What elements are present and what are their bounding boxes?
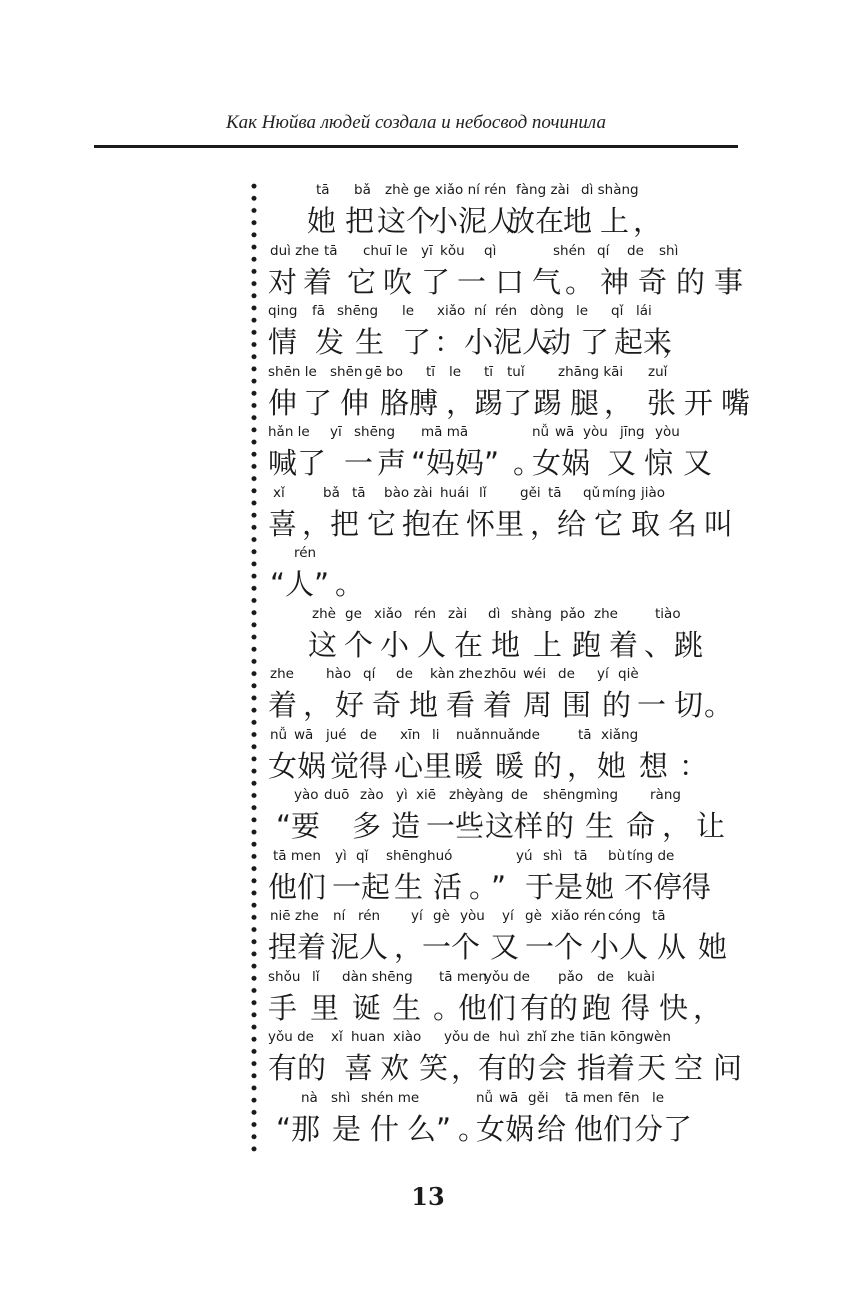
text-line: zhègexiǎorénzàidìshàngpǎozhetiào这个小人在地上跑… bbox=[268, 606, 738, 667]
hanzi-word: 吹 bbox=[383, 263, 412, 301]
hanzi-word: 多 bbox=[352, 807, 381, 845]
pinyin-syllable: shēn le bbox=[268, 364, 317, 380]
hanzi-word: 喜 bbox=[268, 505, 297, 543]
hanzi-word: 名 bbox=[668, 505, 697, 543]
hanzi-word: 地 bbox=[563, 202, 592, 240]
pinyin-syllable: zuǐ bbox=[648, 364, 667, 380]
pinyin-syllable: yì bbox=[335, 848, 347, 864]
hanzi-word: ： bbox=[679, 747, 708, 785]
pinyin-syllable: wèn bbox=[643, 1029, 671, 1045]
hanzi-word: 天 bbox=[637, 1049, 666, 1087]
pinyin-syllable: tuǐ bbox=[507, 364, 525, 380]
pinyin-syllable: shēng bbox=[337, 303, 378, 319]
pinyin-syllable: fā bbox=[312, 303, 325, 319]
hanzi-word: 。 bbox=[565, 263, 594, 301]
hanzi-word: 了 bbox=[580, 323, 609, 361]
text-line: duì zhetāchuī leyīkǒuqìshénqídeshì对着它吹了一… bbox=[268, 243, 738, 304]
pinyin-syllable: wā bbox=[499, 1090, 518, 1106]
pinyin-syllable: duō bbox=[324, 787, 349, 803]
hanzi-row: 情发生了：小泥人动了起来， bbox=[268, 323, 738, 361]
pinyin-syllable: yǒu de bbox=[484, 969, 530, 985]
text-line: yǒu dexǐhuanxiàoyǒu dehuìzhǐ zhetiān kōn… bbox=[268, 1029, 738, 1090]
pinyin-syllable: duì zhe bbox=[270, 243, 319, 259]
hanzi-word: 神 bbox=[600, 263, 629, 301]
hanzi-word: 胳膊 bbox=[380, 384, 438, 422]
hanzi-word: 踢 bbox=[533, 384, 562, 422]
hanzi-row: 对着它吹了一口气。神奇的事 bbox=[268, 263, 738, 301]
pinyin-syllable: tī bbox=[426, 364, 435, 380]
hanzi-word: 切 bbox=[674, 686, 703, 724]
hanzi-word: 生 bbox=[392, 989, 421, 1027]
pinyin-syllable: shēn bbox=[330, 364, 362, 380]
pinyin-row: yǒu dexǐhuanxiàoyǒu dehuìzhǐ zhetiān kōn… bbox=[268, 1029, 738, 1049]
pinyin-syllable: shén me bbox=[361, 1090, 419, 1106]
pinyin-syllable: tā bbox=[574, 848, 588, 864]
pinyin-syllable: xiǎng bbox=[601, 727, 638, 743]
pinyin-syllable: tā men bbox=[273, 848, 321, 864]
hanzi-word: ， bbox=[394, 928, 423, 966]
hanzi-word: ， bbox=[451, 1049, 480, 1087]
hanzi-word: 一些 bbox=[426, 807, 484, 845]
dotted-margin-line bbox=[251, 180, 257, 1155]
pinyin-syllable: xiē bbox=[416, 787, 436, 803]
text-line: zhehàoqídekàn zhezhōuwéideyíqiè着，好奇地看着周围… bbox=[268, 666, 738, 727]
hanzi-word: 着 bbox=[609, 626, 638, 664]
pinyin-syllable: bǎ bbox=[323, 485, 340, 501]
pinyin-syllable: fàng zài bbox=[516, 182, 570, 198]
hanzi-word: 女娲 bbox=[268, 747, 326, 785]
hanzi-word: 生 bbox=[355, 323, 384, 361]
text-line: tābǎzhè gexiǎo ní rénfàng zàidì shàng她把这… bbox=[268, 182, 738, 243]
hanzi-word: 怀里 bbox=[466, 505, 524, 543]
pinyin-syllable: dòng bbox=[530, 303, 564, 319]
hanzi-word: 跑 bbox=[582, 989, 611, 1027]
pinyin-syllable: tā bbox=[578, 727, 592, 743]
running-title: Как Нюйва людей создала и небосвод почин… bbox=[94, 112, 738, 134]
hanzi-word: 生 bbox=[585, 807, 614, 845]
pinyin-syllable: kǒu bbox=[440, 243, 465, 259]
hanzi-word: 于是 bbox=[525, 868, 583, 906]
pinyin-syllable: qǐ bbox=[356, 848, 368, 864]
hanzi-row: “人”。 bbox=[268, 565, 738, 603]
pinyin-syllable: gē bo bbox=[365, 364, 403, 380]
hanzi-word: 喜 bbox=[344, 1049, 373, 1087]
pinyin-syllable: yòu bbox=[655, 424, 680, 440]
pinyin-syllable: yàng bbox=[470, 787, 503, 803]
pinyin-syllable: nuǎnnuǎn bbox=[456, 727, 524, 743]
pinyin-syllable: huan bbox=[351, 1029, 385, 1045]
hanzi-word: 一个 bbox=[422, 928, 480, 966]
hanzi-row: 伸了伸胳膊，踢了踢腿，张开嘴 bbox=[268, 384, 738, 422]
pinyin-syllable: tā bbox=[548, 485, 562, 501]
hanzi-word: 情 bbox=[268, 323, 297, 361]
hanzi-word: 腿 bbox=[570, 384, 599, 422]
pinyin-syllable: zào bbox=[360, 787, 384, 803]
pinyin-syllable: zhè bbox=[312, 606, 336, 622]
pinyin-syllable: zhōu bbox=[484, 666, 516, 682]
pinyin-syllable: tā bbox=[652, 908, 666, 924]
pinyin-syllable: tā bbox=[316, 182, 330, 198]
pinyin-syllable: cóng bbox=[608, 908, 641, 924]
hanzi-word: 抱在 bbox=[402, 505, 460, 543]
pinyin-syllable: de bbox=[627, 243, 644, 259]
hanzi-word: 给 bbox=[537, 1110, 566, 1148]
hanzi-word: 把 bbox=[330, 505, 359, 543]
pinyin-syllable: hǎn le bbox=[268, 424, 310, 440]
text-line: niē zhenírényígèyòuyígèxiǎo réncóngtā捏着泥… bbox=[268, 908, 738, 969]
hanzi-word: 它 bbox=[347, 263, 376, 301]
hanzi-word: 不停得 bbox=[624, 868, 711, 906]
pinyin-syllable: xiǎo ní rén bbox=[435, 182, 506, 198]
hanzi-word: ， bbox=[530, 505, 559, 543]
pinyin-row: duì zhetāchuī leyīkǒuqìshénqídeshì bbox=[268, 243, 738, 263]
hanzi-word: 捏着 bbox=[268, 928, 326, 966]
page-number: 13 bbox=[0, 1182, 856, 1211]
pinyin-syllable: shēngmìng bbox=[543, 787, 618, 803]
hanzi-word: ” bbox=[491, 868, 506, 906]
text-line: shēn leshēngē botīletītuǐzhāng kāizuǐ伸了伸… bbox=[268, 364, 738, 425]
hanzi-word: ， bbox=[662, 807, 691, 845]
hanzi-word: 伸 bbox=[340, 384, 369, 422]
pinyin-syllable: wéi bbox=[523, 666, 546, 682]
hanzi-row: 女娲觉得心里暖暖的，她想： bbox=[268, 747, 738, 785]
hanzi-word: 笑 bbox=[419, 1049, 448, 1087]
hanzi-word: ， bbox=[446, 384, 475, 422]
pinyin-syllable: lǐ bbox=[479, 485, 487, 501]
hanzi-word: 事 bbox=[714, 263, 743, 301]
hanzi-word: 了 bbox=[421, 263, 450, 301]
text-line: xǐbǎtābào zàihuáilǐgěitāqǔmíngjiào喜，把它抱在… bbox=[268, 485, 738, 546]
pinyin-syllable: ní bbox=[474, 303, 486, 319]
pinyin-syllable: le bbox=[652, 1090, 664, 1106]
hanzi-word: 这个 bbox=[377, 202, 435, 240]
pinyin-syllable: zhe bbox=[594, 606, 618, 622]
pinyin-syllable: xiào bbox=[393, 1029, 421, 1045]
hanzi-word: 惊 bbox=[644, 444, 673, 482]
pinyin-syllable: shēng bbox=[354, 424, 395, 440]
pinyin-row: tā menyìqǐshēnghuóyúshìtābùtíng de bbox=[268, 848, 738, 868]
hanzi-word: 小人 bbox=[590, 928, 648, 966]
hanzi-word: “妈妈” bbox=[411, 444, 499, 482]
pinyin-syllable: rén bbox=[294, 545, 316, 561]
pinyin-syllable: huì bbox=[499, 1029, 520, 1045]
pinyin-syllable: le bbox=[576, 303, 588, 319]
pinyin-syllable: shǒu bbox=[268, 969, 300, 985]
hanzi-word: 有的 bbox=[268, 1049, 326, 1087]
hanzi-word: 得 bbox=[621, 989, 650, 1027]
pinyin-syllable: de bbox=[396, 666, 413, 682]
pinyin-row: zhehàoqídekàn zhezhōuwéideyíqiè bbox=[268, 666, 738, 686]
hanzi-row: “那是什么”。女娲给他们分了 bbox=[268, 1110, 738, 1148]
hanzi-word: 命 bbox=[626, 807, 655, 845]
pinyin-syllable: shì bbox=[543, 848, 562, 864]
pinyin-row: qingfāshēnglexiǎoníréndòngleqǐlái bbox=[268, 303, 738, 323]
hanzi-word: 女娲 bbox=[476, 1110, 534, 1148]
hanzi-word: 取 bbox=[631, 505, 660, 543]
hanzi-word: 跳 bbox=[674, 626, 703, 664]
pinyin-syllable: mā mā bbox=[421, 424, 468, 440]
pinyin-syllable: gè bbox=[525, 908, 542, 924]
pinyin-syllable: rén bbox=[495, 303, 517, 319]
hanzi-row: 喜，把它抱在怀里，给它取名叫 bbox=[268, 505, 738, 543]
pinyin-syllable: de bbox=[597, 969, 614, 985]
pinyin-syllable: qì bbox=[484, 243, 496, 259]
hanzi-word: 喊了 bbox=[268, 444, 326, 482]
hanzi-word: 放在 bbox=[506, 202, 564, 240]
hanzi-word: 手 bbox=[268, 989, 297, 1027]
hanzi-word: 张 bbox=[647, 384, 676, 422]
hanzi-row: 着，好奇地看着周围的一切。 bbox=[268, 686, 738, 724]
hanzi-row: 捏着泥人，一个又一个小人从她 bbox=[268, 928, 738, 966]
pinyin-syllable: zhǐ zhe bbox=[527, 1029, 575, 1045]
pinyin-syllable: tā men bbox=[439, 969, 487, 985]
pinyin-syllable: wā bbox=[294, 727, 313, 743]
pinyin-syllable: qí bbox=[363, 666, 375, 682]
hanzi-row: 喊了一声“妈妈”。女娲又惊又 bbox=[268, 444, 738, 482]
hanzi-word: 从 bbox=[657, 928, 686, 966]
hanzi-word: ， bbox=[633, 202, 662, 240]
pinyin-syllable: bǎ bbox=[354, 182, 371, 198]
header-rule bbox=[94, 145, 738, 148]
text-line: qingfāshēnglexiǎoníréndòngleqǐlái情发生了：小泥… bbox=[268, 303, 738, 364]
pinyin-syllable: gěi bbox=[520, 485, 541, 501]
hanzi-row: “要多造一些这样的生命，让 bbox=[268, 807, 738, 845]
pinyin-syllable: shēnghuó bbox=[386, 848, 452, 864]
pinyin-syllable: rén bbox=[358, 908, 380, 924]
pinyin-syllable: shì bbox=[659, 243, 678, 259]
hanzi-word: 开 bbox=[684, 384, 713, 422]
hanzi-word: 空 bbox=[674, 1049, 703, 1087]
pinyin-syllable: tíng de bbox=[627, 848, 674, 864]
text-line: rén“人”。 bbox=[268, 545, 738, 606]
pinyin-syllable: le bbox=[402, 303, 414, 319]
pinyin-row: rén bbox=[268, 545, 738, 565]
hanzi-word: 围 bbox=[562, 686, 591, 724]
pinyin-syllable: xǐ bbox=[331, 1029, 343, 1045]
text-line: shǒulǐdàn shēngtā menyǒu depǎodekuài手里诞生… bbox=[268, 969, 738, 1030]
hanzi-word: 着 bbox=[303, 263, 332, 301]
pinyin-syllable: shì bbox=[331, 1090, 350, 1106]
pinyin-syllable: ní bbox=[333, 908, 345, 924]
hanzi-word: 诞 bbox=[352, 989, 381, 1027]
pinyin-row: zhègexiǎorénzàidìshàngpǎozhetiào bbox=[268, 606, 738, 626]
hanzi-word: 他们 bbox=[574, 1110, 632, 1148]
hanzi-word: 他们 bbox=[458, 989, 516, 1027]
pinyin-syllable: niē zhe bbox=[270, 908, 319, 924]
hanzi-word: 她 bbox=[698, 928, 727, 966]
pinyin-syllable: tā men bbox=[565, 1090, 613, 1106]
pinyin-row: tābǎzhè gexiǎo ní rénfàng zàidì shàng bbox=[268, 182, 738, 202]
pinyin-row: hǎn leyīshēngmā mānǚwāyòujīngyòu bbox=[268, 424, 738, 444]
pinyin-syllable: bù bbox=[608, 848, 625, 864]
hanzi-word: 着 bbox=[483, 686, 512, 724]
pinyin-syllable: fēn bbox=[618, 1090, 640, 1106]
hanzi-word: 地 bbox=[409, 686, 438, 724]
hanzi-word: 又 bbox=[490, 928, 519, 966]
hanzi-word: 活 bbox=[433, 868, 462, 906]
pinyin-syllable: tiān kōng bbox=[580, 1029, 643, 1045]
pinyin-syllable: rén bbox=[414, 606, 436, 622]
pinyin-syllable: le bbox=[449, 364, 461, 380]
hanzi-row: 他们一起生活。”于是她不停得 bbox=[268, 868, 738, 906]
pinyin-syllable: xiǎo bbox=[374, 606, 402, 622]
pinyin-syllable: jué bbox=[326, 727, 347, 743]
text-line: tā menyìqǐshēnghuóyúshìtābùtíng de他们一起生活… bbox=[268, 848, 738, 909]
hanzi-word: ： bbox=[434, 323, 463, 361]
hanzi-word: 上 bbox=[600, 202, 629, 240]
pinyin-syllable: dì bbox=[488, 606, 500, 622]
hanzi-word: 看 bbox=[446, 686, 475, 724]
hanzi-word: 伸 bbox=[268, 384, 297, 422]
pinyin-syllable: jīng bbox=[620, 424, 645, 440]
hanzi-word: 的 bbox=[602, 686, 631, 724]
hanzi-word: 有的 bbox=[520, 989, 578, 1027]
hanzi-word: “要 bbox=[276, 807, 320, 845]
pinyin-syllable: dàn shēng bbox=[342, 969, 413, 985]
pinyin-syllable: zhāng kāi bbox=[558, 364, 623, 380]
hanzi-word: 一个 bbox=[525, 928, 583, 966]
pinyin-syllable: tā bbox=[352, 485, 366, 501]
pinyin-syllable: kàn zhe bbox=[430, 666, 483, 682]
hanzi-word: 这样 bbox=[485, 807, 543, 845]
hanzi-word: ， bbox=[567, 747, 596, 785]
hanzi-row: 她把这个小泥人放在地上， bbox=[268, 202, 738, 240]
hanzi-word: ， bbox=[303, 686, 332, 724]
pinyin-syllable: yào bbox=[294, 787, 319, 803]
hanzi-word: 气 bbox=[532, 263, 561, 301]
hanzi-word: 这 bbox=[308, 626, 337, 664]
hanzi-word: 她 bbox=[597, 747, 626, 785]
pinyin-syllable: chuī le bbox=[363, 243, 408, 259]
pinyin-syllable: ge bbox=[345, 606, 362, 622]
pinyin-syllable: zhe bbox=[270, 666, 294, 682]
hanzi-word: 心里 bbox=[394, 747, 452, 785]
pinyin-syllable: lǐ bbox=[312, 969, 320, 985]
hanzi-word: 一 bbox=[344, 444, 373, 482]
hanzi-word: 他们 bbox=[268, 868, 326, 906]
hanzi-word: 一 bbox=[457, 263, 486, 301]
hanzi-row: 有的喜欢笑，有的会指着天空问 bbox=[268, 1049, 738, 1087]
hanzi-word: 让 bbox=[696, 807, 725, 845]
hanzi-word: 叫 bbox=[704, 505, 733, 543]
hanzi-word: 里 bbox=[310, 989, 339, 1027]
hanzi-word: 她 bbox=[307, 202, 336, 240]
pinyin-syllable: qǔ bbox=[583, 485, 600, 501]
hanzi-word: 周 bbox=[523, 686, 552, 724]
pinyin-syllable: de bbox=[511, 787, 528, 803]
pinyin-syllable: zài bbox=[448, 606, 467, 622]
pinyin-row: shǒulǐdàn shēngtā menyǒu depǎodekuài bbox=[268, 969, 738, 989]
pinyin-syllable: tī bbox=[484, 364, 493, 380]
hanzi-word: 是 bbox=[332, 1110, 361, 1148]
hanzi-word: 奇 bbox=[372, 686, 401, 724]
pinyin-syllable: huái bbox=[440, 485, 469, 501]
hanzi-word: 的 bbox=[533, 747, 562, 785]
pinyin-syllable: de bbox=[360, 727, 377, 743]
pinyin-syllable: nǚ bbox=[476, 1090, 493, 1106]
pinyin-syllable: yòu bbox=[583, 424, 608, 440]
hanzi-word: 发 bbox=[315, 323, 344, 361]
hanzi-word: 小泥人 bbox=[464, 323, 551, 361]
pinyin-syllable: yǒu de bbox=[444, 1029, 490, 1045]
hanzi-word: 分了 bbox=[634, 1110, 692, 1148]
hanzi-word: 嘴 bbox=[721, 384, 750, 422]
hanzi-word: 欢 bbox=[380, 1049, 409, 1087]
hanzi-word: “那 bbox=[276, 1110, 320, 1148]
hanzi-word: 泥人 bbox=[330, 928, 388, 966]
pinyin-syllable: xiǎo bbox=[437, 303, 465, 319]
hanzi-word: 、 bbox=[644, 626, 673, 664]
pinyin-syllable: dì shàng bbox=[581, 182, 639, 198]
hanzi-word: 在 bbox=[454, 626, 483, 664]
hanzi-word: 小 bbox=[380, 626, 409, 664]
hanzi-word: 着 bbox=[268, 686, 297, 724]
pinyin-syllable: qí bbox=[597, 243, 609, 259]
text-line: yàoduōzàoyìxiēzhèyàngdeshēngmìngràng“要多造… bbox=[268, 787, 738, 848]
pinyin-syllable: kuài bbox=[627, 969, 655, 985]
pinyin-syllable: yì bbox=[396, 787, 408, 803]
pinyin-row: shēn leshēngē botīletītuǐzhāng kāizuǐ bbox=[268, 364, 738, 384]
hanzi-word: 有的 bbox=[478, 1049, 536, 1087]
hanzi-word: 奇 bbox=[638, 263, 667, 301]
pinyin-syllable: jiào bbox=[641, 485, 665, 501]
pinyin-syllable: nà bbox=[301, 1090, 318, 1106]
hanzi-word: 口 bbox=[495, 263, 524, 301]
hanzi-word: ， bbox=[662, 323, 691, 361]
pinyin-syllable: xǐ bbox=[273, 485, 285, 501]
hanzi-word: 她 bbox=[585, 868, 614, 906]
hanzi-word: 了 bbox=[303, 384, 332, 422]
hanzi-row: 手里诞生。他们有的跑得快， bbox=[268, 989, 738, 1027]
pinyin-syllable: qing bbox=[268, 303, 297, 319]
pinyin-syllable: de bbox=[523, 727, 540, 743]
hanzi-word: 把 bbox=[345, 202, 374, 240]
hanzi-word: 暖 bbox=[454, 747, 483, 785]
pinyin-syllable: zhè ge bbox=[385, 182, 430, 198]
pinyin-syllable: pǎo bbox=[560, 606, 585, 622]
hanzi-word: 快 bbox=[659, 989, 688, 1027]
hanzi-word: 声 bbox=[377, 444, 406, 482]
pinyin-syllable: gěi bbox=[528, 1090, 549, 1106]
text-line: nàshìshén menǚwāgěitā menfēnle“那是什么”。女娲给… bbox=[268, 1090, 738, 1151]
hanzi-word: 。 bbox=[704, 686, 733, 724]
pinyin-row: nǚwājuédexīnlinuǎnnuǎndetāxiǎng bbox=[268, 727, 738, 747]
hanzi-word: 觉得 bbox=[330, 747, 388, 785]
pinyin-syllable: shàng bbox=[511, 606, 552, 622]
pinyin-syllable: qiè bbox=[618, 666, 639, 682]
pinyin-syllable: yí bbox=[502, 908, 514, 924]
pinyin-syllable: yú bbox=[516, 848, 533, 864]
hanzi-word: 一 bbox=[637, 686, 666, 724]
pinyin-syllable: yī bbox=[330, 424, 342, 440]
pinyin-row: niē zhenírényígèyòuyígèxiǎo réncóngtā bbox=[268, 908, 738, 928]
hanzi-word: 么” bbox=[407, 1110, 451, 1148]
hanzi-word: 对 bbox=[268, 263, 297, 301]
pinyin-syllable: pǎo bbox=[558, 969, 583, 985]
pinyin-syllable: ràng bbox=[650, 787, 681, 803]
hanzi-word: 动 bbox=[542, 323, 571, 361]
hanzi-word: 它 bbox=[594, 505, 623, 543]
pinyin-syllable: wā bbox=[555, 424, 574, 440]
hanzi-word: 指着 bbox=[577, 1049, 635, 1087]
hanzi-word: “人” bbox=[270, 565, 329, 603]
hanzi-word: 什 bbox=[370, 1110, 399, 1148]
hanzi-word: 一起 bbox=[332, 868, 390, 906]
pinyin-syllable: yǒu de bbox=[268, 1029, 314, 1045]
text-line: hǎn leyīshēngmā mānǚwāyòujīngyòu喊了一声“妈妈”… bbox=[268, 424, 738, 485]
pinyin-syllable: bào zài bbox=[384, 485, 433, 501]
pinyin-syllable: li bbox=[432, 727, 440, 743]
